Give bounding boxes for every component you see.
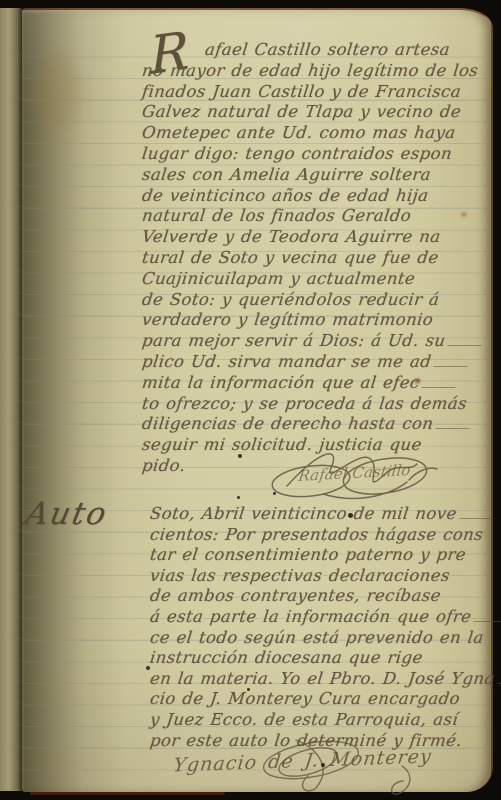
judge-signature: Ygnacio de J. Monterey [146,736,456,800]
manuscript-line: en la materia. Yo el Pbro. D. José Ygna [149,669,492,690]
ink-dot [146,666,150,670]
manuscript-line: cio de J. Monterey Cura encargado [149,689,492,710]
manuscript-line: cientos: Por presentados hágase cons [149,525,492,546]
ink-dot [238,454,242,458]
manuscript-line: de ambos contrayentes, recíbase [149,586,492,607]
manuscript-line: Galvez natural de Tlapa y vecino de [141,102,484,123]
manuscript-line: Ometepec ante Ud. como mas haya [141,123,484,144]
auto-paragraph: Soto, Abril veinticinco de mil nove cien… [150,504,490,751]
photo-backdrop: R afael Castillo soltero artesa no mayor… [0,0,501,800]
manuscript-line: Cuajinicuilapam y actualmente [141,269,484,290]
manuscript-line: Velverde y de Teodora Aguirre na [141,227,484,248]
manuscript-line: verdadero y legítimo matrimonio [141,310,484,331]
manuscript-line: lugar digo: tengo contraidos espon [141,144,484,165]
ink-dot [247,688,250,691]
manuscript-line: afael Castillo soltero artesa [141,40,484,61]
manuscript-line: para mejor servir á Dios: á Ud. su [141,331,484,352]
manuscript-page: R afael Castillo soltero artesa no mayor… [22,8,493,792]
petitioner-signature: Rafael Castillo [265,444,445,506]
manuscript-line: y Juez Ecco. de esta Parroquia, así [149,710,492,731]
manuscript-line: tar el consentimiento paterno y pre [149,545,492,566]
manuscript-line: no mayor de edad hijo legítimo de los [141,61,484,82]
manuscript-line: de veinticinco años de edad hija [141,186,484,207]
manuscript-line: finados Juan Castillo y de Francisca [141,82,484,103]
petition-paragraph: afael Castillo soltero artesa no mayor d… [142,40,482,477]
manuscript-line: á esta parte la información que ofre [149,607,492,628]
manuscript-line: instrucción diocesana que rige [149,648,492,669]
ink-dot [321,763,325,767]
manuscript-line: diligencias de derecho hasta con [141,414,484,435]
ruled-lines [0,34,22,785]
manuscript-line: Soto, Abril veinticinco de mil nove [149,504,492,525]
manuscript-line: natural de los finados Geraldo [141,206,484,227]
manuscript-line: vias las respectivas declaraciones [149,566,492,587]
adjacent-page-edge [0,8,22,791]
manuscript-line: mita la información que al efec [141,373,484,394]
ink-dot [273,492,276,495]
wormhole-dot [348,513,353,518]
manuscript-line: sales con Amelia Aguirre soltera [141,165,484,186]
auto-heading: Auto [22,496,111,532]
manuscript-line: ce el todo según está prevenido en la [149,628,492,649]
manuscript-line: to ofrezco; y se proceda á las demás [141,394,484,415]
manuscript-line: tural de Soto y vecina que fue de [141,248,484,269]
manuscript-line: de Soto: y queriéndolos reducir á [141,290,484,311]
paper-stain [30,56,82,132]
manuscript-line: plico Ud. sirva mandar se me ad [141,352,484,373]
book-cover-edge [30,792,225,795]
ink-dot [237,496,240,499]
